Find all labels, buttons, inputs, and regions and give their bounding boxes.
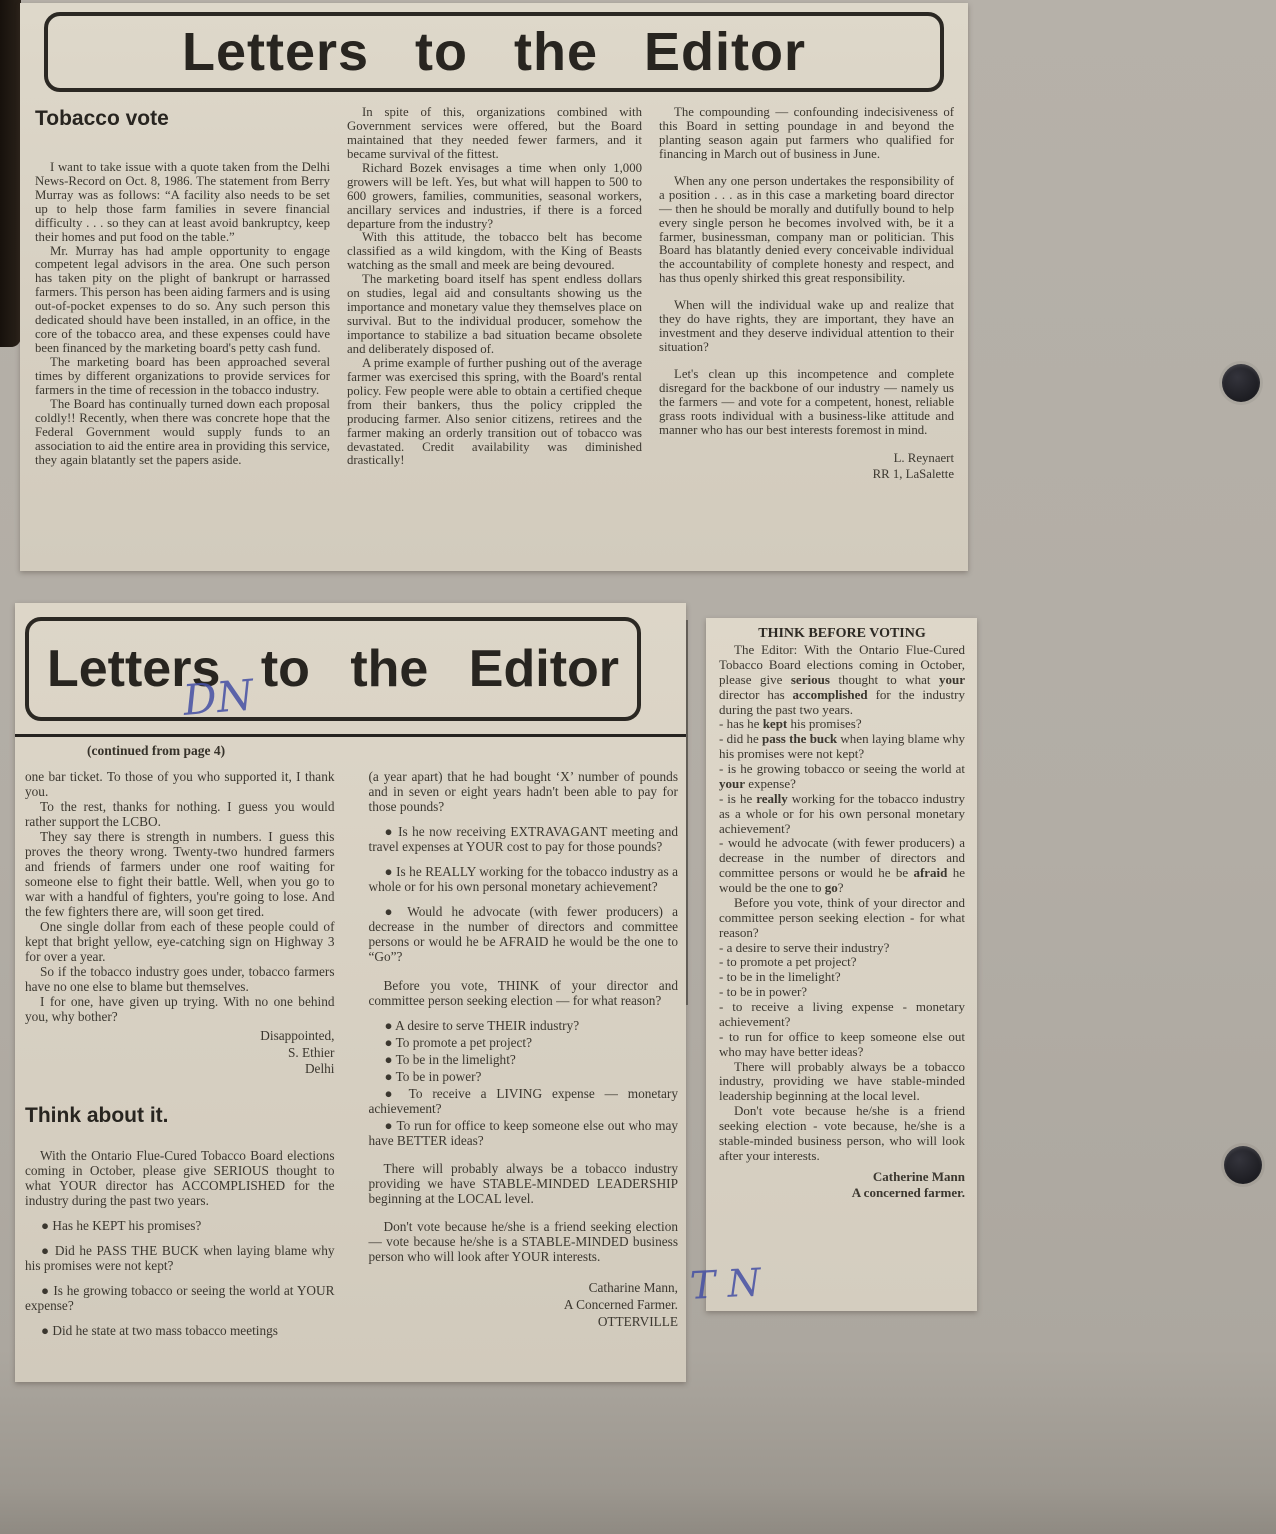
- bullet-item: ● Is he REALLY working for the tobacco i…: [369, 864, 679, 894]
- bullet-item: ● Did he PASS THE BUCK when laying blame…: [25, 1243, 335, 1273]
- letter-paragraph: With this attitude, the tobacco belt has…: [347, 231, 642, 273]
- bullet-item: ● To run for office to keep someone else…: [369, 1118, 679, 1148]
- letter-paragraph: With the Ontario Flue-Cured Tobacco Boar…: [25, 1148, 335, 1208]
- letter-paragraph: So if the tobacco industry goes under, t…: [25, 964, 335, 994]
- letter-heading-think-before-voting: THINK BEFORE VOTING: [719, 626, 965, 642]
- signature-line: L. Reynaert: [659, 451, 954, 467]
- bullet-item: ● To receive a LIVING expense — monetary…: [369, 1086, 679, 1116]
- letter-paragraph: Let's clean up this incompetence and com…: [659, 368, 954, 438]
- signature-line: Disappointed,: [25, 1028, 335, 1045]
- signature-line: S. Ethier: [25, 1045, 335, 1062]
- dash-item: - is he growing tobacco or seeing the wo…: [719, 762, 965, 792]
- handwritten-mark-tn: T N: [689, 1260, 762, 1308]
- dash-item: - to receive a living expense - monetary…: [719, 1000, 965, 1030]
- dash-item: - to promote a pet project?: [719, 955, 965, 970]
- masthead-letters-to-the-editor: Letters to the Editor: [44, 12, 944, 92]
- clipping-top-column-2: In spite of this, organizations combined…: [347, 106, 642, 483]
- clipping-left-column-2: (a year apart) that he had bought ‘X’ nu…: [369, 769, 679, 1348]
- letter-signature: Catherine Mann A concerned farmer.: [719, 1169, 965, 1202]
- hole-punch-top: [1222, 364, 1260, 402]
- dash-item: - to be in power?: [719, 985, 965, 1000]
- signature-line: RR 1, LaSalette: [659, 467, 954, 483]
- letter-signature: Disappointed, S. Ethier Delhi: [25, 1028, 335, 1078]
- letter-paragraph: Don't vote because he/she is a friend se…: [369, 1219, 679, 1264]
- letter-paragraph: The marketing board has been approached …: [35, 356, 330, 398]
- letter-heading-think-about-it: Think about it.: [25, 1104, 335, 1128]
- album-page-edge: [0, 0, 21, 347]
- newspaper-clipping-right: THINK BEFORE VOTING The Editor: With the…: [706, 618, 977, 1311]
- bullet-item: ● A desire to serve THEIR industry?: [369, 1018, 679, 1033]
- letter-signature: Catharine Mann, A Concerned Farmer. OTTE…: [369, 1280, 679, 1330]
- dash-item: - to be in the limelight?: [719, 970, 965, 985]
- letter-signature: L. Reynaert RR 1, LaSalette: [659, 451, 954, 483]
- letter-heading-tobacco-vote: Tobacco vote: [35, 108, 330, 131]
- dash-item: - did he pass the buck when laying blame…: [719, 732, 965, 762]
- bullet-item: ● To be in power?: [369, 1069, 679, 1084]
- bullet-item: ● To be in the limelight?: [369, 1052, 679, 1067]
- letter-paragraph: Richard Bozek envisages a time when only…: [347, 162, 642, 232]
- letter-paragraph: I for one, have given up trying. With no…: [25, 994, 335, 1024]
- signature-line: OTTERVILLE: [369, 1314, 679, 1331]
- letter-paragraph: The Editor: With the Ontario Flue-Cured …: [719, 643, 965, 717]
- bullet-item: ● Has he KEPT his promises?: [25, 1218, 335, 1233]
- dash-item: - is he really working for the tobacco i…: [719, 792, 965, 837]
- signature-line: A concerned farmer.: [719, 1185, 965, 1201]
- newspaper-clipping-bottom-left: Letters to the Editor DN (continued from…: [15, 603, 686, 1382]
- masthead-letters-to-the-editor: Letters to the Editor: [25, 617, 641, 721]
- letter-paragraph: They say there is strength in numbers. I…: [25, 829, 335, 919]
- letter-paragraph: one bar ticket. To those of you who supp…: [25, 769, 335, 799]
- bullet-item: ● Is he growing tobacco or seeing the wo…: [25, 1283, 335, 1313]
- clipping-left-columns: one bar ticket. To those of you who supp…: [25, 769, 678, 1348]
- letter-paragraph: Before you vote, THINK of your director …: [369, 978, 679, 1008]
- letter-paragraph: Don't vote because he/she is a friend se…: [719, 1104, 965, 1164]
- bullet-item: ● Did he state at two mass tobacco meeti…: [25, 1323, 335, 1338]
- signature-line: A Concerned Farmer.: [369, 1297, 679, 1314]
- letter-paragraph: The Board has continually turned down ea…: [35, 398, 330, 468]
- newspaper-clipping-top: Letters to the Editor Tobacco vote I wan…: [20, 3, 968, 571]
- letter-paragraph: The compounding — confounding indecisive…: [659, 106, 954, 162]
- letter-paragraph: I want to take issue with a quote taken …: [35, 161, 330, 245]
- signature-line: Catherine Mann: [719, 1169, 965, 1185]
- clipping-top-column-3: The compounding — confounding indecisive…: [659, 106, 954, 483]
- letter-paragraph: When will the individual wake up and rea…: [659, 299, 954, 355]
- letter-paragraph: Mr. Murray has had ample opportunity to …: [35, 245, 330, 357]
- dash-item: - would he advocate (with fewer producer…: [719, 836, 965, 896]
- letter-paragraph: One single dollar from each of these peo…: [25, 919, 335, 964]
- bullet-item: ● Is he now receiving EXTRAVAGANT meetin…: [369, 824, 679, 854]
- continued-note: (continued from page 4): [87, 743, 225, 759]
- clipping-right-body: THINK BEFORE VOTING The Editor: With the…: [706, 618, 977, 1201]
- letter-paragraph: There will probably always be a tobacco …: [369, 1161, 679, 1206]
- clipping-left-column-1: one bar ticket. To those of you who supp…: [25, 769, 335, 1348]
- letter-paragraph: There will probably always be a tobacco …: [719, 1060, 965, 1105]
- letter-paragraph: When any one person undertakes the respo…: [659, 175, 954, 287]
- letter-paragraph: Before you vote, think of your director …: [719, 896, 965, 941]
- hole-punch-bottom: [1224, 1146, 1262, 1184]
- dash-item: - a desire to serve their industry?: [719, 941, 965, 956]
- letter-paragraph: The marketing board itself has spent end…: [347, 273, 642, 357]
- dash-item: - to run for office to keep someone else…: [719, 1030, 965, 1060]
- handwritten-mark-dn: DN: [181, 670, 255, 725]
- clipping-edge-line: [686, 620, 688, 1005]
- signature-line: Catharine Mann,: [369, 1280, 679, 1297]
- letter-paragraph: A prime example of further pushing out o…: [347, 357, 642, 469]
- clipping-top-column-1: Tobacco vote I want to take issue with a…: [35, 106, 330, 483]
- masthead-rule: [15, 734, 686, 737]
- clipping-top-columns: Tobacco vote I want to take issue with a…: [20, 98, 968, 483]
- letter-paragraph: To the rest, thanks for nothing. I guess…: [25, 799, 335, 829]
- letter-paragraph: In spite of this, organizations combined…: [347, 106, 642, 162]
- bullet-item: ● To promote a pet project?: [369, 1035, 679, 1050]
- signature-line: Delhi: [25, 1061, 335, 1078]
- letter-paragraph: (a year apart) that he had bought ‘X’ nu…: [369, 769, 679, 814]
- bullet-item: ● Would he advocate (with fewer producer…: [369, 904, 679, 964]
- dash-item: - has he kept his promises?: [719, 717, 965, 732]
